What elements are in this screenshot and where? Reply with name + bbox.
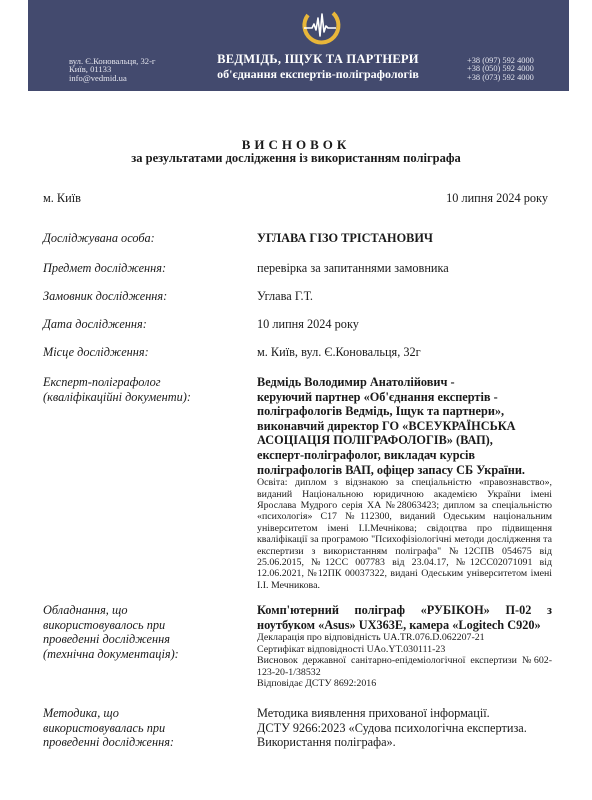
company-name: ВЕДМІДЬ, ІЩУК ТА ПАРТНЕРИ — [168, 52, 468, 67]
label-line: Методика, що — [43, 706, 248, 721]
expert-line: поліграфологів ВАП, офіцер запасу СБ Укр… — [257, 463, 552, 478]
expert-name: Ведмідь Володимир Анатолійович - — [257, 375, 552, 390]
field-label: Методика, що використовувалась при прове… — [43, 706, 248, 750]
expert-details: Ведмідь Володимир Анатолійович - керуючи… — [257, 375, 552, 591]
equipment-doc: Сертифікат відповідності UAo.YT.030111-2… — [257, 644, 552, 656]
field-label: Предмет дослідження: — [43, 261, 248, 276]
label-line: проведенні дослідження — [43, 632, 248, 647]
equipment-doc: Відповідає ДСТУ 8692:2016 — [257, 678, 552, 690]
phone-3: +38 (073) 592 4000 — [467, 74, 534, 82]
field-value: Углава Г.Т. — [257, 289, 552, 304]
label-line: (кваліфікаційні документи): — [43, 390, 248, 405]
field-label: Місце дослідження: — [43, 345, 248, 360]
field-label: Експерт-поліграфолог (кваліфікаційні док… — [43, 375, 248, 404]
label-line: проведенні дослідження: — [43, 735, 248, 750]
equipment-details: Комп'ютерний поліграф «РУБІКОН» П-02 з н… — [257, 603, 552, 690]
expert-line: експерт-поліграфолог, викладач курсів — [257, 448, 552, 463]
label-line: (технічна документація): — [43, 647, 248, 662]
method-line: Методика виявлення прихованої інформації… — [257, 706, 552, 721]
label-line: Обладнання, що — [43, 603, 248, 618]
company-brand: ВЕДМІДЬ, ІЩУК ТА ПАРТНЕРИ об'єднання екс… — [168, 52, 468, 82]
letterhead-banner: вул. Є.Коновальця, 32-г Київ, 01133 info… — [28, 0, 569, 91]
expert-line: поліграфологів Ведмідь, Іщук та партнери… — [257, 404, 552, 419]
field-value: УГЛАВА ГІЗО ТРІСТАНОВИЧ — [257, 231, 552, 246]
document-subtitle: за результатами дослідження із використа… — [0, 151, 592, 166]
address-email: info@vedmid.ua — [69, 74, 155, 82]
expert-line: керуючий партнер «Об'єднання експертів - — [257, 390, 552, 405]
field-label: Замовник дослідження: — [43, 289, 248, 304]
equipment-doc: Висновок державної санітарно-епідеміолог… — [257, 655, 552, 678]
field-value: перевірка за запитаннями замовника — [257, 261, 552, 276]
document-city: м. Київ — [43, 191, 81, 206]
field-label: Дата дослідження: — [43, 317, 248, 332]
method-details: Методика виявлення прихованої інформації… — [257, 706, 552, 750]
field-label: Обладнання, що використовувалось при про… — [43, 603, 248, 661]
company-subtitle: об'єднання експертів-поліграфологів — [168, 67, 468, 82]
expert-line: АСОЦІАЦІЯ ПОЛІГРАФОЛОГІВ» (ВАП), — [257, 433, 552, 448]
method-line: ДСТУ 9266:2023 «Судова психологічна експ… — [257, 721, 552, 736]
equipment-doc: Декларація про відповідність UA.TR.076.D… — [257, 632, 552, 644]
field-label: Досліджувана особа: — [43, 231, 248, 246]
document-date: 10 липня 2024 року — [446, 191, 548, 206]
company-address: вул. Є.Коновальця, 32-г Київ, 01133 info… — [69, 57, 155, 82]
label-line: Експерт-поліграфолог — [43, 375, 248, 390]
field-value: 10 липня 2024 року — [257, 317, 552, 332]
method-line: Використання поліграфа». — [257, 735, 552, 750]
company-phones: +38 (097) 592 4000 +38 (050) 592 4000 +3… — [467, 57, 534, 82]
equipment-main: Комп'ютерний поліграф «РУБІКОН» П-02 з н… — [257, 603, 552, 632]
expert-line: виконавчий директор ГО «ВСЕУКРАЇНСЬКА — [257, 419, 552, 434]
polygraph-heartbeat-logo-icon — [300, 6, 342, 48]
field-value: м. Київ, вул. Є.Коновальця, 32г — [257, 345, 552, 360]
label-line: використовувалась при — [43, 721, 248, 736]
expert-education: Освіта: диплом з відзнакою за спеціальні… — [257, 477, 552, 591]
label-line: використовувалось при — [43, 618, 248, 633]
